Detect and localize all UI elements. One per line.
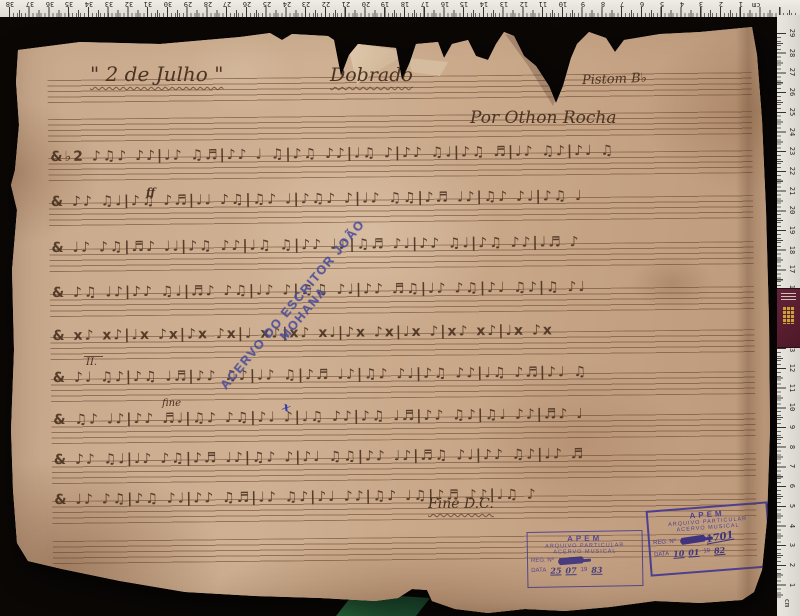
ruler-number: 3 (788, 538, 796, 552)
ruler-number: 19 (377, 0, 393, 8)
ruler-number: 23 (298, 0, 314, 8)
genre-label: Dobrado (330, 64, 413, 86)
reg-value: 1701 (705, 530, 734, 546)
ruler-number: 19 (788, 223, 796, 237)
stamp-reg-row: REG. Nº (531, 556, 639, 564)
ruler-number: 12 (516, 0, 532, 8)
fine-marking: fine (162, 398, 181, 409)
ruler-number: 37 (22, 0, 38, 8)
ruler-number: 25 (788, 105, 796, 119)
ruler-number: 25 (259, 0, 275, 8)
ruler-number: 29 (180, 0, 196, 8)
ink-scribble (680, 535, 706, 544)
ruler-number: 1 (733, 0, 749, 8)
ruler-number: 15 (456, 0, 472, 8)
ruler-number: 6 (788, 479, 796, 493)
ruler-number: 33 (101, 0, 117, 8)
ruler-number: 22 (318, 0, 334, 8)
seal-building-icon (782, 306, 795, 324)
ruler-number: 3 (693, 0, 709, 8)
ruler-number: 32 (121, 0, 137, 8)
manuscript-sheet-wrapper: &♭2 ♪♫♪ ♪♪|♩♪ ♫♬|♪♪ ♩ ♫|♪♫ ♪♪|♩♫ ♪|♪♪ ♫♩… (0, 0, 800, 616)
date-printed-century: 19 (703, 548, 710, 555)
ruler-number: 27 (219, 0, 235, 8)
seal-text-lines (781, 293, 796, 302)
ruler-number: 17 (417, 0, 433, 8)
ruler-number: 6 (634, 0, 650, 8)
ruler-number: 26 (788, 85, 796, 99)
staff-lines (48, 111, 752, 142)
ruler-number: 20 (358, 0, 374, 8)
ruler-number: 35 (61, 0, 77, 8)
ink-scribble (558, 557, 584, 564)
ruler-number: 23 (788, 144, 796, 158)
date-label: DATA (654, 551, 670, 558)
piece-title: " 2 de Julho " (90, 62, 223, 86)
ruler-number: 24 (279, 0, 295, 8)
instrument-label: Pistom B♭ (582, 71, 647, 88)
archive-stamp-right: APEM ARQUIVO PARTICULAR ACERVO MUSICAL R… (646, 501, 773, 576)
ruler-number: 1 (788, 578, 796, 592)
reg-label: REG. Nº (653, 538, 676, 546)
reg-label: REG. Nº (531, 558, 554, 564)
da-capo-marking: Fine D.C. (428, 496, 494, 512)
ruler-number: 20 (788, 203, 796, 217)
ruler-number: 18 (788, 243, 796, 257)
ruler-number: 28 (788, 46, 796, 60)
stamp-date-row: DATA 25 07 19 83 (531, 564, 639, 576)
date-year: 82 (714, 545, 726, 556)
date-month: 01 (688, 547, 700, 558)
ruler-number: 17 (788, 262, 796, 276)
ruler-number: 31 (140, 0, 156, 8)
ruler-number: 11 (788, 381, 796, 395)
ruler-number: 4 (674, 0, 690, 8)
ruler-number: 28 (200, 0, 216, 8)
date-month: 07 (565, 565, 576, 575)
ruler-unit-label: cm (783, 599, 791, 607)
ruler-number: 8 (788, 440, 796, 454)
ruler-horizontal: 3837363534333231302928272625242322212019… (0, 0, 800, 17)
ruler-number: 2 (713, 0, 729, 8)
date-label: DATA (531, 568, 546, 574)
ruler-number: 12 (788, 361, 796, 375)
ruler-number: 9 (575, 0, 591, 8)
archive-stamp-left: APEM ARQUIVO PARTICULAR ACERVO MUSICAL R… (527, 530, 644, 588)
ruler-number: 7 (788, 459, 796, 473)
ruler-number: 26 (239, 0, 255, 8)
ruler-number: 2 (788, 558, 796, 572)
ruler-number: 38 (2, 0, 18, 8)
ruler-number: 8 (595, 0, 611, 8)
ruler-number: 21 (338, 0, 354, 8)
ruler-number: 10 (788, 400, 796, 414)
date-printed-century: 19 (581, 567, 588, 573)
ruler-number: 21 (788, 184, 796, 198)
ruler-number: 5 (654, 0, 670, 8)
ruler-number: 13 (496, 0, 512, 8)
ruler-number: 11 (535, 0, 551, 8)
volta-marking: II. (84, 356, 103, 368)
ruler-number: 4 (788, 519, 796, 533)
manuscript-sheet: &♭2 ♪♫♪ ♪♪|♩♪ ♫♬|♪♪ ♩ ♫|♪♫ ♪♪|♩♫ ♪|♪♪ ♫♩… (0, 0, 800, 616)
ruler-vertical: 2928272625242322212019181716151413121110… (777, 15, 800, 616)
ruler-number: 14 (476, 0, 492, 8)
ruler-number: 7 (614, 0, 630, 8)
ruler-number: 34 (81, 0, 97, 8)
ruler-number: 16 (437, 0, 453, 8)
archival-photo-scene: &♭2 ♪♫♪ ♪♪|♩♪ ♫♬|♪♪ ♩ ♫|♪♫ ♪♪|♩♫ ♪|♪♪ ♫♩… (0, 0, 800, 616)
archive-seal (777, 288, 800, 348)
ruler-number: 27 (788, 65, 796, 79)
date-year: 83 (591, 565, 602, 575)
ruler-number: 30 (160, 0, 176, 8)
dynamic-marking: ff (146, 186, 155, 199)
date-day: 25 (550, 565, 561, 575)
composer-credit: Por Othon Rocha (470, 108, 616, 128)
date-day: 10 (673, 548, 685, 559)
ruler-number: 10 (555, 0, 571, 8)
ruler-number: 9 (788, 420, 796, 434)
ruler-unit-label: cm (752, 1, 760, 9)
ruler-number: 36 (42, 0, 58, 8)
ruler-number: 24 (788, 125, 796, 139)
ruler-number: 5 (788, 499, 796, 513)
ruler-number: 22 (788, 164, 796, 178)
ruler-number: 18 (397, 0, 413, 8)
ruler-number: 29 (788, 26, 796, 40)
